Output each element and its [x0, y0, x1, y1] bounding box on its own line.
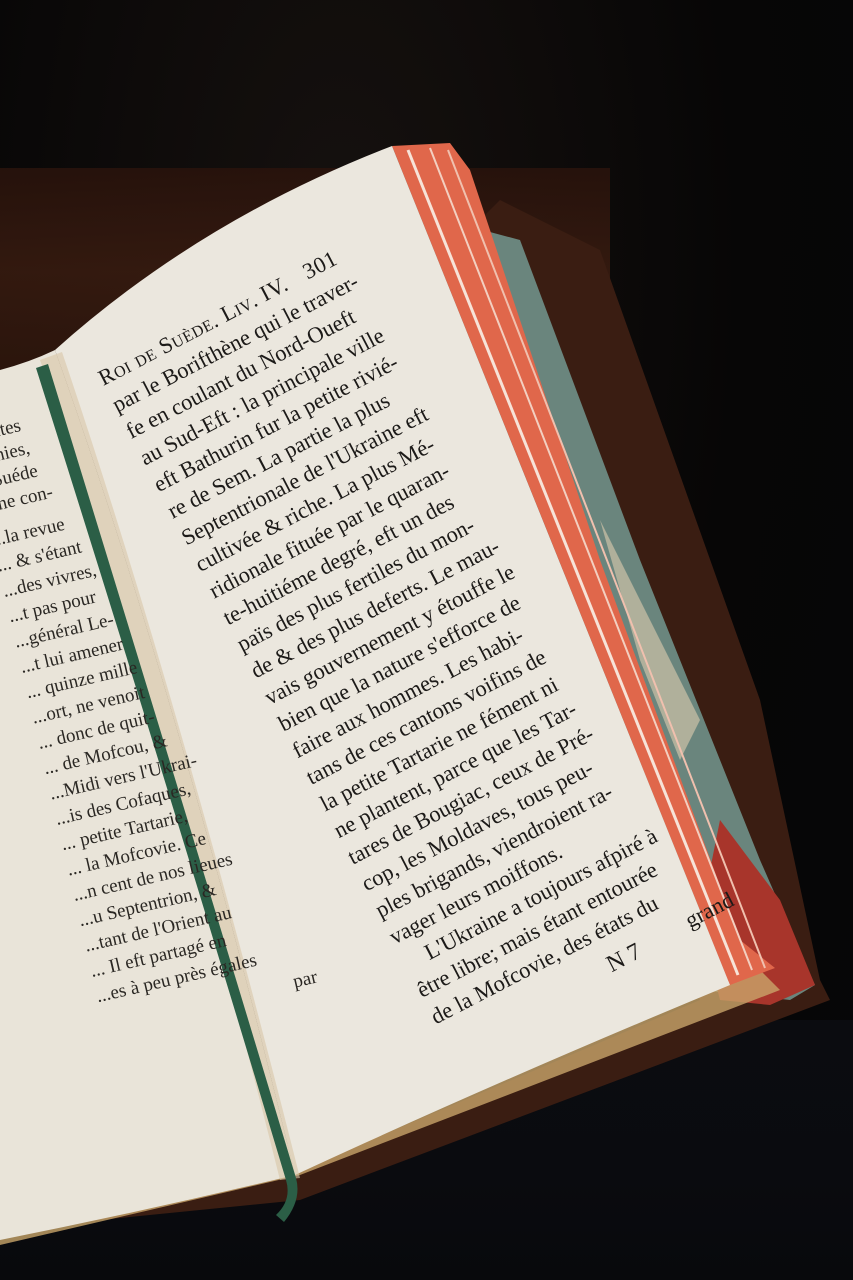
catchword: par — [291, 968, 319, 992]
photo-scene: Roi de Suède. Liv. IV. 301 par le Borift… — [0, 0, 853, 1280]
